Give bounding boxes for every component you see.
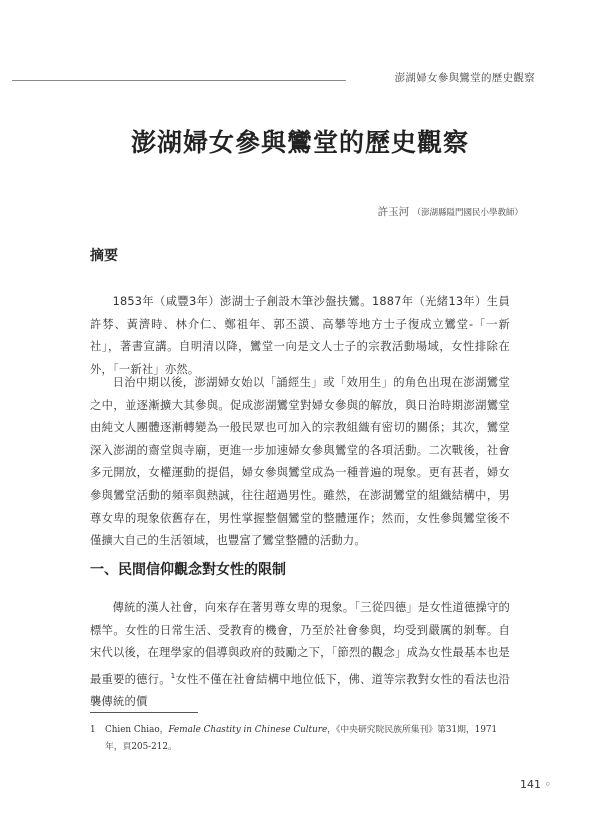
author-name: 許玉河 (378, 206, 410, 218)
footnote-text: Chien Chiao， (105, 725, 168, 735)
author-affiliation: （澎湖縣隘門國民小學教師） (412, 208, 523, 218)
footnote-number: 1 (90, 722, 105, 739)
author-line: 許玉河 （澎湖縣隘門國民小學教師） (378, 204, 523, 219)
section-heading: 一、民間信仰觀念對女性的限制 (90, 559, 286, 579)
header-rule (12, 80, 346, 81)
article-title: 澎湖婦女參與鸞堂的歷史觀察 (0, 123, 600, 159)
running-header: 澎湖婦女參與鸞堂的歷史觀察 (12, 68, 587, 82)
footnote-source: ，《中央研究院民族所集刊》第31期，1971 (327, 725, 497, 735)
footnote-1: 1Chien Chiao，Female Chastity in Chinese … (90, 722, 510, 756)
running-header-title: 澎湖婦女參與鸞堂的歷史觀察 (395, 70, 535, 85)
footnote-continuation: 年，頁205-212。 (90, 739, 510, 756)
abstract-heading: 摘要 (90, 245, 118, 265)
abstract-paragraph-2: 日治中期以後，澎湖婦女始以「誦經生」或「效用生」的角色出現在澎湖鸞堂之中，並逐漸… (90, 372, 510, 553)
page-number: 141 ◦ (520, 778, 551, 791)
page-number-dot: ◦ (541, 778, 551, 791)
footnote-title-italic: Female Chastity in Chinese Culture (168, 725, 327, 735)
section-paragraph: 傳統的漢人社會，向來存在著男尊女卑的現象。「三從四德」是女性道德操守的標竿。女性… (90, 597, 510, 714)
footnote-divider (90, 712, 198, 713)
page-number-value: 141 (520, 778, 541, 791)
abstract-paragraph-1: 1853年（咸豐3年）澎湖士子創設木筆沙盤扶鸞。1887年（光緒13年）生員許棼… (90, 291, 510, 381)
